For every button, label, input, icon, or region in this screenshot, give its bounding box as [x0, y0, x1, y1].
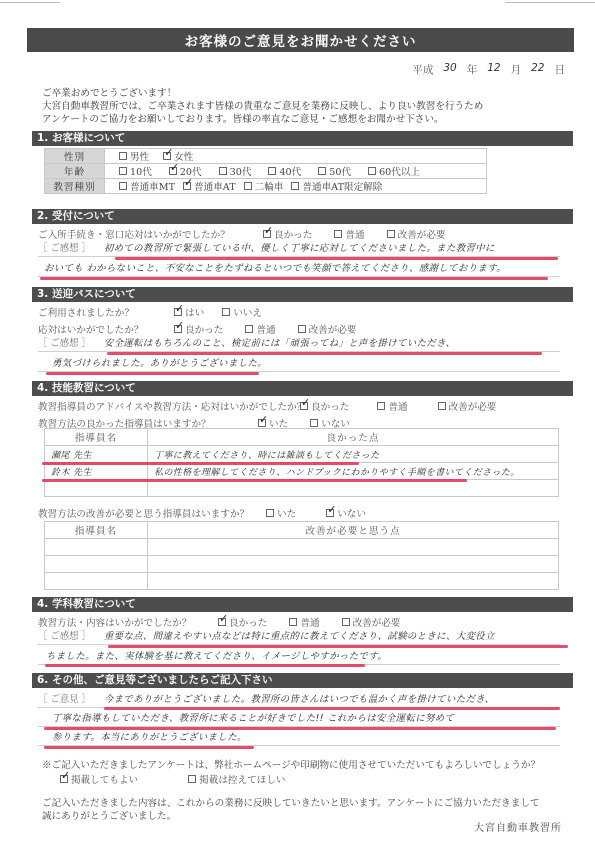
instructor-name-cell[interactable]: [45, 573, 148, 590]
question-text: 応対はいかがでしたか？: [38, 322, 174, 336]
customer-profile-table: 性別 男性 女性 年齢 10代 20代 30代 40代 50代 60代以上 教習…: [44, 148, 487, 194]
red-underline: [45, 664, 365, 667]
option-good[interactable]: 良かった: [263, 227, 312, 241]
checkbox-checked-icon[interactable]: [218, 618, 226, 626]
comment-label: ［ ご感想 ］: [38, 338, 91, 349]
red-underline: [44, 746, 254, 749]
option-age-40s[interactable]: 40代: [268, 164, 301, 178]
checkbox-checked-icon[interactable]: [258, 419, 266, 427]
checkbox-icon[interactable]: [245, 325, 253, 333]
comment-label: ［ ご意見 ］: [38, 694, 91, 705]
date-year[interactable]: 30: [437, 62, 462, 77]
option-label: 二輪車: [255, 179, 284, 193]
option-label: 普通: [300, 615, 319, 629]
table-row: 教習種別 普通車MT 普通車AT 二輪車 普通車AT限定解除: [45, 179, 487, 194]
handwritten-comment: 勇気づけられました。ありがとうございました。: [52, 358, 267, 369]
checkbox-icon[interactable]: [219, 167, 227, 175]
option-label: 30代: [230, 164, 252, 178]
option-label: 普通車AT限定解除: [302, 179, 382, 193]
comment-line[interactable]: 参ります。本当にありがとうございました。: [38, 729, 560, 746]
good-point-cell[interactable]: 私の性格を理解してくださり、ハンドブックにわかりやすく手順を書いてくださった。: [148, 463, 559, 480]
column-header-good-points: 良かった点: [148, 429, 559, 446]
handwritten-instructor-name: 鈴木 先生: [51, 468, 92, 478]
option-label: 60代以上: [379, 164, 420, 178]
option-label: はい: [185, 305, 204, 319]
question-academic-content: 教習方法・内容はいかがでしたか？ 良かった 普通 改善が必要: [38, 615, 401, 629]
option-male[interactable]: 男性: [119, 149, 149, 163]
question-bus-used: ご利用されましたか？ はい いいえ: [38, 305, 262, 319]
checkbox-icon[interactable]: [438, 402, 446, 410]
checkbox-icon[interactable]: [334, 230, 342, 238]
checkbox-icon[interactable]: [291, 182, 299, 190]
red-underline: [42, 479, 467, 482]
question-text: 教習方法の改善が必要と思う指導員はいますか？: [38, 506, 266, 520]
option-label: 普通車AT: [194, 179, 236, 193]
checkbox-icon[interactable]: [119, 167, 127, 175]
table-row: [45, 556, 559, 573]
good-point-cell[interactable]: [148, 480, 559, 497]
handwritten-comment: おいても わからないこと、不安なことをたずねるといつでも笑顔で答えてくださり、感…: [44, 263, 506, 274]
table-row: [45, 539, 559, 556]
option-label: 50代: [329, 164, 351, 178]
scan-edge-rule: [505, 2, 595, 3]
question-text: ご利用されましたか？: [38, 305, 174, 319]
option-label: 良かった: [229, 615, 267, 629]
option-label: 10代: [130, 164, 152, 178]
publish-question: ※ご記入いただきましたアンケートは、弊社ホームページや印刷物に使用させていただい…: [42, 757, 540, 771]
intro-line: ご卒業おめでとうございます！: [42, 87, 562, 100]
question-text: ご入所手続き・窓口応対はいかがでしたか？: [38, 227, 263, 241]
checkbox-checked-icon[interactable]: [169, 167, 177, 175]
intro-line: アンケートのご協力をお願いしております。皆様の率直なご意見・ご感想をお聞かせ下さ…: [42, 113, 562, 126]
handwritten-comment: 参ります。本当にありがとうございました。: [52, 732, 247, 743]
option-normal[interactable]: 普通: [334, 227, 364, 241]
comment-line[interactable]: ちました。また、実体験を基に教えてくださり、イメージしやすかったです。: [38, 648, 560, 665]
column-header-instructor: 指導員名: [45, 522, 148, 539]
option-label: 普通: [256, 322, 275, 336]
red-underline: [46, 372, 259, 375]
option-label: 普通: [345, 227, 364, 241]
option-label: 普通: [388, 399, 407, 413]
table-header-row: 指導員名 改善が必要と思う点: [45, 522, 559, 539]
date-day[interactable]: 22: [525, 62, 550, 77]
good-point-cell[interactable]: 丁寧に教えてくださり、時には雑談もしてくださった: [148, 446, 559, 463]
option-needs-improvement[interactable]: 改善が必要: [438, 399, 497, 413]
checkbox-icon[interactable]: [188, 775, 196, 783]
row-label-age: 年齢: [45, 164, 105, 179]
row-label-gender: 性別: [45, 149, 105, 164]
comment-line[interactable]: ［ ご感想 ］ 重要な点、間違えやすい点などは特に重点的に教えてくださり、試験の…: [38, 628, 560, 645]
instructor-name-cell[interactable]: [45, 480, 148, 497]
improvement-point-cell[interactable]: [148, 556, 559, 573]
handwritten-comment: 丁寧な指導もしていただき、教習所に来ることが好きでした!! これからは安全運転に…: [52, 713, 454, 724]
date-month-unit: 月: [511, 62, 522, 77]
option-good[interactable]: 良かった: [300, 399, 349, 413]
section-heading-reception: 2. 受付について: [32, 209, 573, 224]
option-label: 改善が必要: [353, 615, 401, 629]
closing-line: ご記入いただきました内容は、これからの業務に反映していきたいと思います。アンケー…: [42, 795, 540, 809]
improvement-point-cell[interactable]: [148, 573, 559, 590]
option-label: 改善が必要: [398, 227, 446, 241]
instructor-name-cell[interactable]: 鈴木 先生: [45, 463, 148, 480]
option-age-50s[interactable]: 50代: [318, 164, 351, 178]
option-yes[interactable]: はい: [174, 305, 204, 319]
table-row: [45, 480, 559, 497]
section-heading-driving-lessons: 4. 技能教習について: [32, 381, 573, 396]
checkbox-icon[interactable]: [310, 419, 318, 427]
option-normal[interactable]: 普通: [377, 399, 407, 413]
option-publish-decline[interactable]: 掲載は控えてほしい: [188, 772, 285, 786]
handwritten-comment: 初めての教習所で緊張している中、優しく丁寧に応対してくださいました。また教習中に: [104, 243, 495, 254]
date-era: 平成: [412, 62, 433, 77]
handwritten-comment: ちました。また、実体験を基に教えてくださり、イメージしやすかったです。: [46, 651, 387, 662]
checkbox-checked-icon[interactable]: [163, 152, 171, 160]
checkbox-icon[interactable]: [298, 325, 306, 333]
section-heading-other-comments: 6. その他、ご意見等ございましたらご記入下さい: [32, 673, 573, 688]
handwritten-good-point: 丁寧に教えてくださり、時には雑談もしてくださった: [154, 451, 380, 461]
improve-instructor-table: 指導員名 改善が必要と思う点: [44, 521, 559, 590]
checkbox-icon[interactable]: [377, 402, 385, 410]
instructor-name-cell[interactable]: 瀬尾 先生: [45, 446, 148, 463]
question-text: 教習指導員のアドバイスや教習方法・応対はいかがでしたか？: [38, 399, 300, 413]
checkbox-checked-icon[interactable]: [263, 230, 271, 238]
option-label: 普通車MT: [130, 179, 175, 193]
red-underline: [40, 277, 548, 280]
option-label: 掲載は控えてほしい: [199, 772, 285, 786]
option-needs-improvement[interactable]: 改善が必要: [387, 227, 446, 241]
intro-line: 大宮自動車教習所では、ご卒業されます皆様の貴重なご意見を業務に反映し、より良い教…: [42, 100, 562, 113]
checkbox-icon[interactable]: [119, 152, 127, 160]
checkbox-checked-icon[interactable]: [174, 308, 182, 316]
section-heading-shuttle-bus: 3. 送迎バスについて: [32, 287, 573, 302]
option-age-10s[interactable]: 10代: [119, 164, 152, 178]
comment-line[interactable]: ［ ご感想 ］ 安全運転はもちろんのこと、検定前には「頑張ってね」と声を掛けてい…: [38, 335, 560, 352]
option-age-30s[interactable]: 30代: [219, 164, 252, 178]
checkbox-icon[interactable]: [119, 182, 127, 190]
option-label: いいえ: [233, 305, 262, 319]
checkbox-icon[interactable]: [266, 509, 274, 517]
question-reception: ご入所手続き・窓口応対はいかがでしたか？ 良かった 普通 改善が必要: [38, 227, 446, 241]
handwritten-comment: 重要な点、間違えやすい点などは特に重点的に教えてくださり、試験のときに、大変役立: [104, 631, 495, 642]
option-age-60s-plus[interactable]: 60代以上: [368, 164, 420, 178]
option-good[interactable]: 良かった: [218, 615, 267, 629]
option-normal[interactable]: 普通: [245, 322, 275, 336]
option-label: 良かった: [274, 227, 312, 241]
date-line: 平成 30 年 12 月 22 日: [412, 62, 565, 77]
handwritten-comment: 安全運転はもちろんのこと、検定前には「頑張ってね」と声を掛けていただき、: [104, 338, 456, 349]
checkbox-icon[interactable]: [342, 618, 350, 626]
option-label: 改善が必要: [309, 322, 357, 336]
checkbox-icon[interactable]: [268, 167, 276, 175]
checkbox-checked-icon[interactable]: [174, 325, 182, 333]
publish-options: 掲載してもよい 掲載は控えてほしい: [60, 772, 286, 786]
column-header-instructor: 指導員名: [45, 429, 148, 446]
checkbox-icon[interactable]: [368, 167, 376, 175]
option-label: 良かった: [311, 399, 349, 413]
option-needs-improvement[interactable]: 改善が必要: [342, 615, 401, 629]
option-label: 男性: [130, 149, 149, 163]
page-title: お客様のご意見をお聞かせください: [27, 28, 574, 52]
option-mt[interactable]: 普通車MT: [119, 179, 175, 193]
comment-label: ［ ご感想 ］: [38, 243, 91, 254]
closing-line: 誠にありがとうございました。: [42, 808, 176, 822]
row-label-course-type: 教習種別: [45, 179, 105, 194]
organization-name: 大宮自動車教習所: [474, 819, 562, 834]
table-row: 性別 男性 女性: [45, 149, 487, 164]
comment-line[interactable]: 丁寧な指導もしていただき、教習所に来ることが好きでした!! これからは安全運転に…: [38, 710, 560, 727]
option-absent[interactable]: いない: [326, 506, 366, 520]
option-publish-ok[interactable]: 掲載してもよい: [60, 772, 138, 786]
option-at-limit-release[interactable]: 普通車AT限定解除: [291, 179, 382, 193]
comment-line[interactable]: ［ ご意見 ］ 今までありがとうございました。教習所の皆さんはいつでも温かく声を…: [38, 691, 560, 708]
option-label: いた: [277, 506, 296, 520]
table-row: [45, 573, 559, 590]
option-present[interactable]: いた: [266, 506, 296, 520]
option-normal[interactable]: 普通: [289, 615, 319, 629]
checkbox-icon[interactable]: [318, 167, 326, 175]
question-improve-instructor: 教習方法の改善が必要と思う指導員はいますか？ いた いない: [38, 506, 366, 520]
date-year-unit: 年: [467, 62, 478, 77]
option-label: 改善が必要: [449, 399, 497, 413]
option-no[interactable]: いいえ: [222, 305, 262, 319]
scan-edge-rule: [0, 2, 60, 3]
instructor-name-cell[interactable]: [45, 539, 148, 556]
comment-label: ［ ご感想 ］: [38, 631, 91, 642]
table-row: 年齢 10代 20代 30代 40代 50代 60代以上: [45, 164, 487, 179]
option-label: 40代: [279, 164, 301, 178]
intro-text: ご卒業おめでとうございます！ 大宮自動車教習所では、ご卒業されます皆様の貴重なご…: [42, 87, 562, 126]
checkbox-icon[interactable]: [222, 308, 230, 316]
table-header-row: 指導員名 良かった点: [45, 429, 559, 446]
option-label: いない: [337, 506, 366, 520]
table-row: 瀬尾 先生 丁寧に教えてくださり、時には雑談もしてくださった: [45, 446, 559, 463]
option-needs-improvement[interactable]: 改善が必要: [298, 322, 357, 336]
question-instructor-advice: 教習指導員のアドバイスや教習方法・応対はいかがでしたか？ 良かった 普通 改善が…: [38, 399, 497, 413]
section-heading-customer: 1. お客様について: [32, 131, 573, 146]
improvement-point-cell[interactable]: [148, 539, 559, 556]
date-day-unit: 日: [555, 62, 566, 77]
checkbox-icon[interactable]: [387, 230, 395, 238]
column-header-improvement-points: 改善が必要と思う点: [148, 522, 559, 539]
question-bus-service: 応対はいかがでしたか？ 良かった 普通 改善が必要: [38, 322, 357, 336]
option-at[interactable]: 普通車AT: [183, 179, 236, 193]
handwritten-good-point: 私の性格を理解してくださり、ハンドブックにわかりやすく手順を書いてくださった。: [154, 468, 520, 478]
checkbox-checked-icon[interactable]: [183, 182, 191, 190]
comment-line[interactable]: ［ ご感想 ］ 初めての教習所で緊張している中、優しく丁寧に応対してくださいまし…: [38, 240, 560, 257]
table-row: 鈴木 先生 私の性格を理解してくださり、ハンドブックにわかりやすく手順を書いてく…: [45, 463, 559, 480]
instructor-name-cell[interactable]: [45, 556, 148, 573]
handwritten-comment: 今までありがとうございました。教習所の皆さんはいつでも温かく声を掛けていただき、: [104, 694, 495, 705]
section-heading-academic-lessons: 4. 学科教習について: [32, 597, 573, 612]
handwritten-instructor-name: 瀬尾 先生: [51, 451, 92, 461]
red-underline: [42, 462, 359, 465]
option-good[interactable]: 良かった: [174, 322, 223, 336]
checkbox-checked-icon[interactable]: [300, 402, 308, 410]
option-label: 掲載してもよい: [71, 772, 138, 786]
question-text: 教習方法・内容はいかがでしたか？: [38, 615, 218, 629]
checkbox-checked-icon[interactable]: [326, 509, 334, 517]
option-motorcycle[interactable]: 二輪車: [244, 179, 284, 193]
date-month[interactable]: 12: [481, 62, 506, 77]
comment-line[interactable]: 勇気づけられました。ありがとうございました。: [38, 355, 560, 372]
checkbox-icon[interactable]: [244, 182, 252, 190]
comment-line[interactable]: おいても わからないこと、不安なことをたずねるといつでも笑顔で答えてくださり、感…: [38, 260, 560, 277]
checkbox-icon[interactable]: [289, 618, 297, 626]
checkbox-checked-icon[interactable]: [60, 775, 68, 783]
option-label: 良かった: [185, 322, 223, 336]
